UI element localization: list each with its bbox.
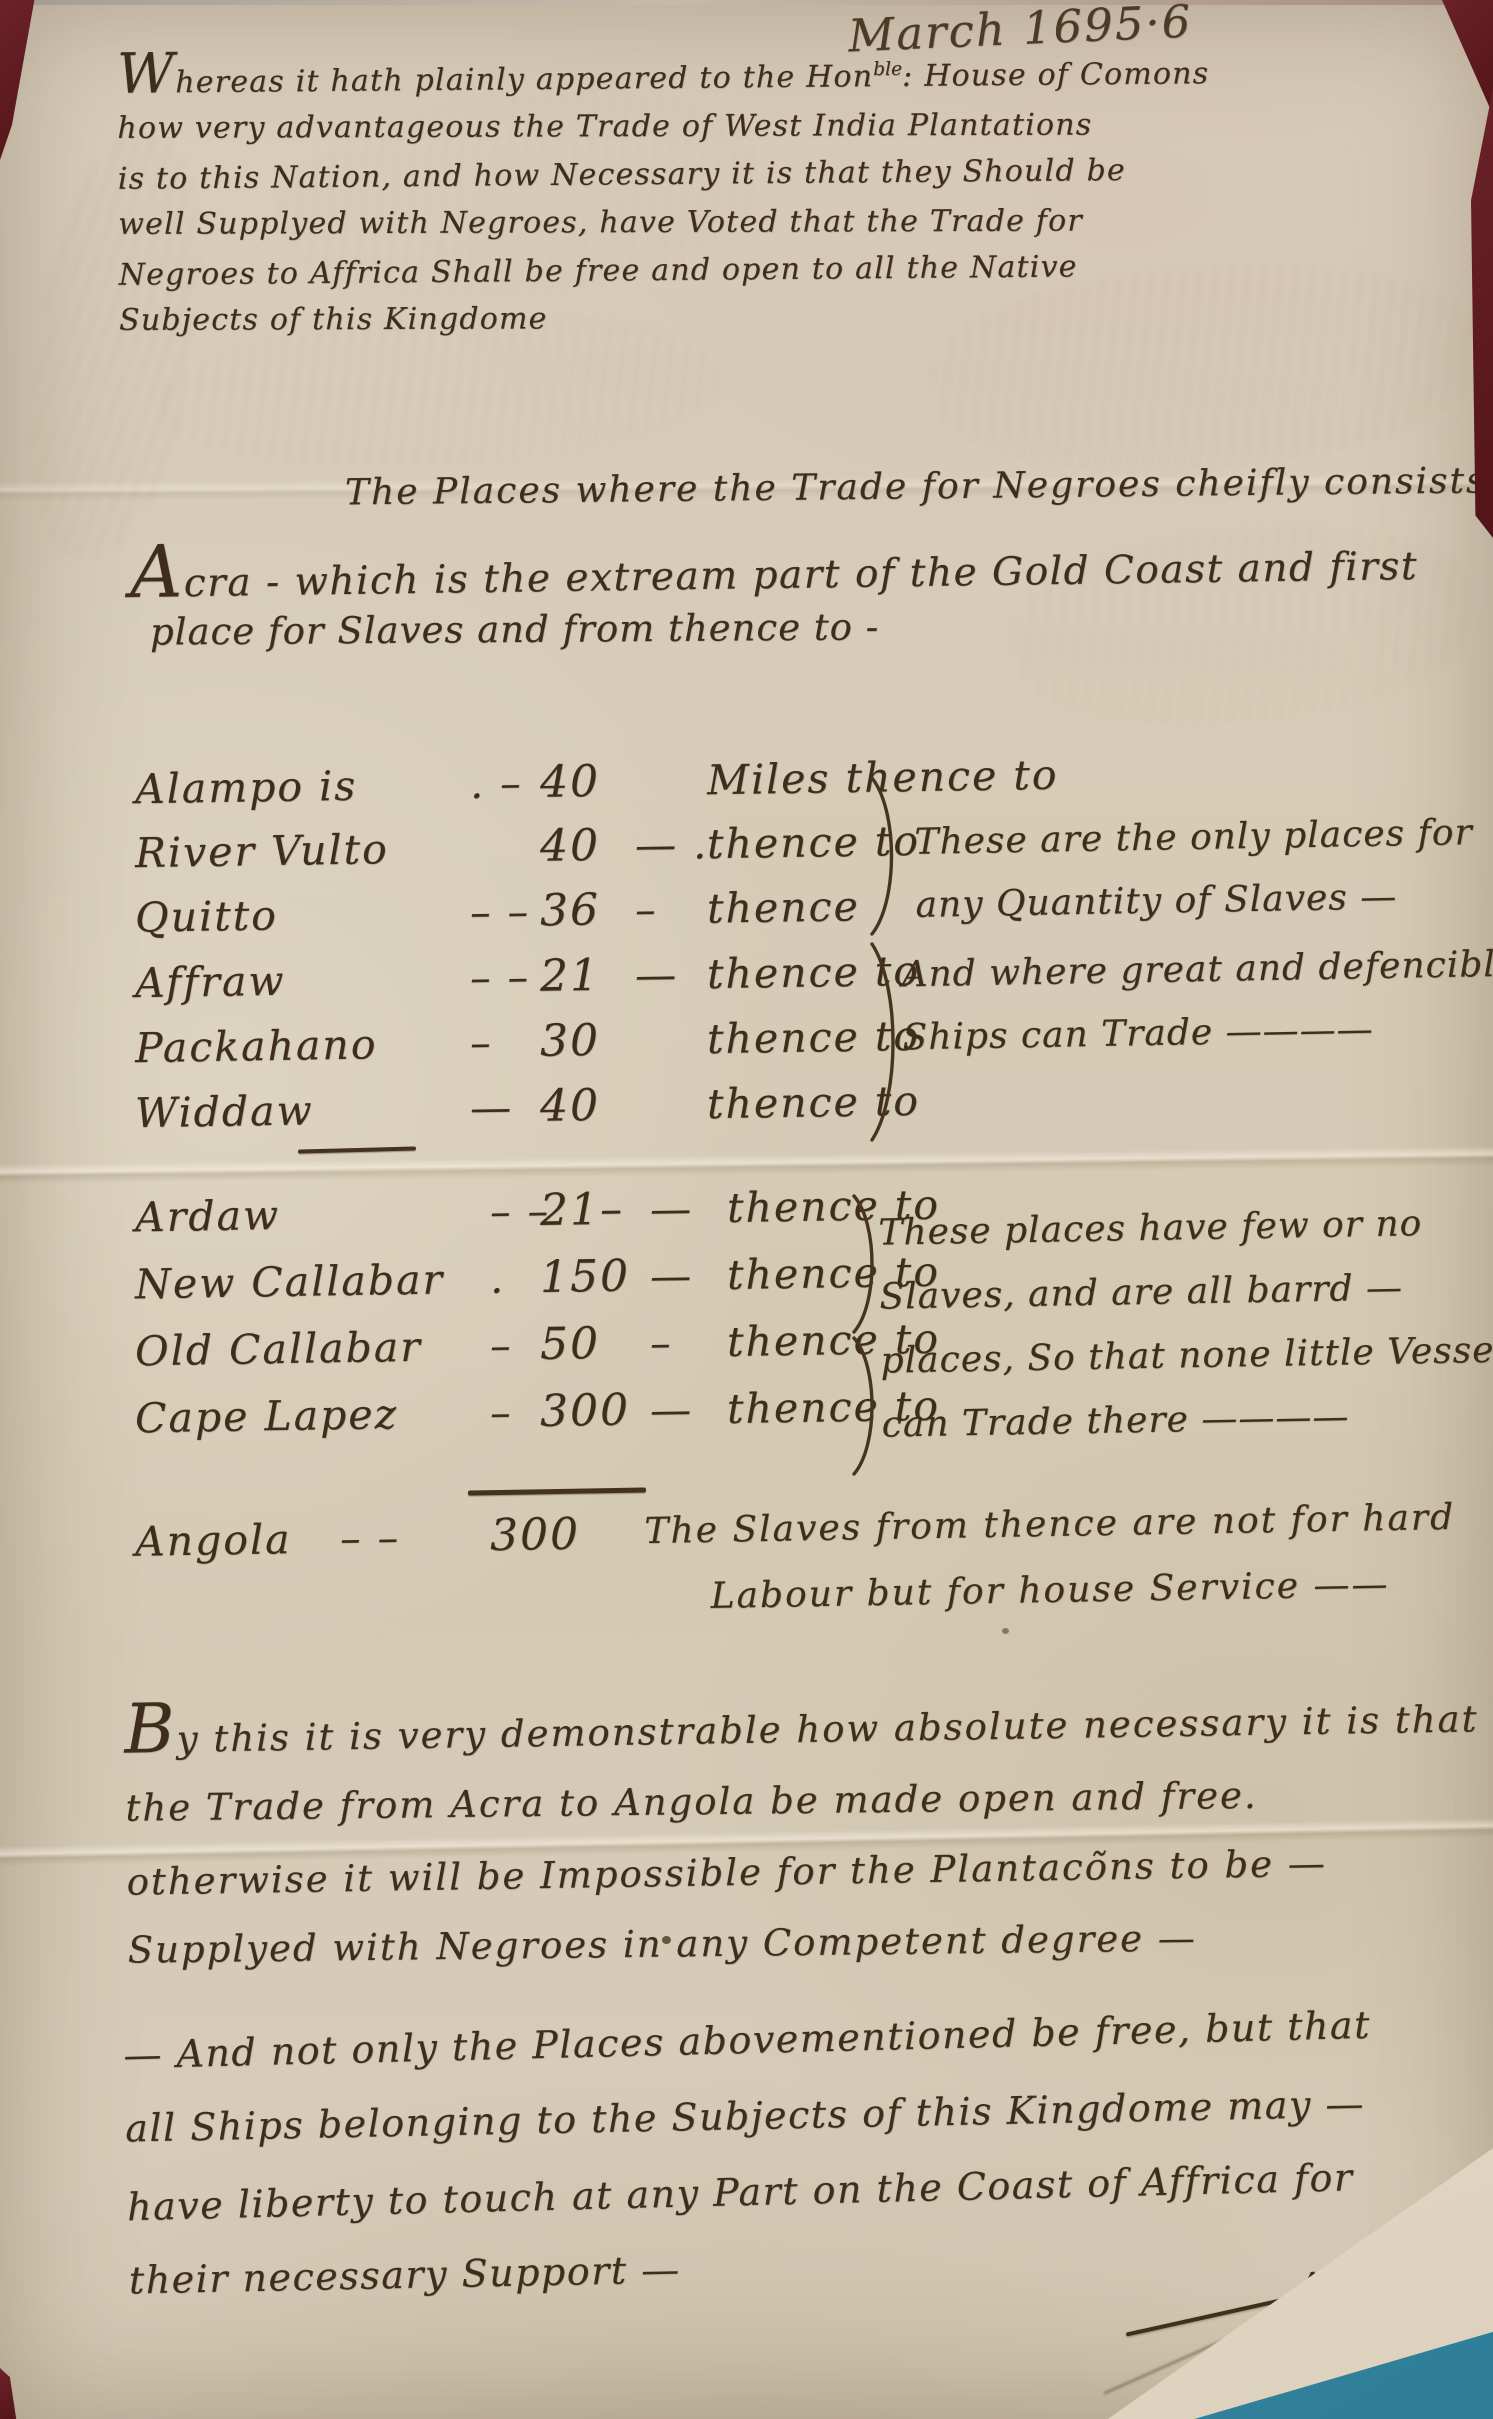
row-ardaw: Ardaw– –21–—thence to <box>135 1179 941 1243</box>
brace-bracket <box>866 942 906 1144</box>
paragraph-line: Supplyed with Negroes in any Competent d… <box>127 1899 1482 1985</box>
paragraph-text: Whereas it hath plainly appeared to the … <box>117 59 874 101</box>
note-line: These are the only places for <box>914 801 1473 874</box>
dash-filler: — <box>635 950 696 999</box>
table-divider-rule <box>298 1146 416 1153</box>
row-alampo: Alampo is. –40Miles thence to <box>135 749 1059 814</box>
struck-out-word: Also <box>1294 2255 1397 2314</box>
row-affraw: Affraw– –21—thence to <box>135 945 921 1008</box>
distance-miles: 300 <box>490 1508 606 1561</box>
row-packahano: Packahano–30thence to <box>135 1010 921 1073</box>
place-name: Angola <box>135 1514 341 1565</box>
row-new-callabar: New Callabar.150—thence to <box>135 1246 941 1310</box>
ink-blot <box>662 1936 671 1944</box>
dash-filler <box>635 1118 695 1119</box>
place-name: Cape Lapez <box>135 1389 491 1443</box>
dash-filler: – <box>490 1321 541 1370</box>
dash-filler: — . <box>635 820 696 869</box>
conclusion-paragraph: By this it is very demonstrable how abso… <box>124 1681 1482 1988</box>
place-name: Widdaw <box>135 1084 471 1137</box>
note-line: any Quantity of Slaves — <box>915 864 1474 937</box>
dash-filler: — <box>470 1083 541 1132</box>
places-intro-line: place for Slaves and from thence to - <box>150 605 880 653</box>
distance-miles: 40 <box>540 1079 636 1131</box>
distance-miles: 40 <box>540 755 636 807</box>
place-name: Alampo is <box>135 760 471 813</box>
place-name: New Callabar <box>135 1255 491 1309</box>
dash-filler: . <box>490 1254 541 1303</box>
fold-crease <box>0 1146 1493 1185</box>
dash-filler: – – <box>340 1512 491 1562</box>
paragraph-line: Subjects of this Kingdome <box>119 293 1212 345</box>
row-river-vulto: River Vulto40— .thence to <box>135 815 921 878</box>
note-line: These places have few or no <box>878 1190 1493 1265</box>
dash-filler: — <box>650 1184 716 1233</box>
dash-filler: – <box>470 1018 541 1067</box>
row-cape-lapez: Cape Lapez–300—thence to <box>135 1380 941 1444</box>
note-defencible-ships: And where great and defencible Ships can… <box>901 933 1493 1070</box>
dash-filler: – <box>650 1318 716 1367</box>
paragraph-text: : House of Comons <box>902 56 1210 94</box>
catchword: The <box>1252 2331 1345 2388</box>
dash-filler: — <box>650 1251 716 1300</box>
note-line: Labour but for house Service —— <box>710 1551 1457 1630</box>
dash-filler <box>470 861 540 862</box>
note-line: can Trade there ———— <box>881 1382 1493 1457</box>
dash-filler <box>635 794 695 795</box>
opening-paragraph: Whereas it hath plainly appeared to the … <box>117 43 1212 348</box>
place-name: Quitto <box>135 888 471 941</box>
row-widdaw: Widdaw—40thence to <box>135 1075 921 1138</box>
distance-miles: 21– <box>540 1183 651 1236</box>
brace-bracket <box>866 776 906 938</box>
place-name: Ardaw <box>135 1188 491 1242</box>
note-barrd-places: These places have few or no Slaves, and … <box>878 1190 1493 1457</box>
distance-miles: 21 <box>540 949 636 1001</box>
place-name: Packahano <box>135 1019 471 1072</box>
dash-filler: – – <box>490 1187 541 1236</box>
distance-miles: 300 <box>540 1384 651 1437</box>
paragraph-line: is to this Nation, and how Necessary it … <box>118 146 1211 204</box>
distance-miles: 40 <box>540 819 636 871</box>
dash-filler: – – <box>470 953 541 1002</box>
table-surface-edge <box>0 2368 18 2419</box>
distance-miles: 50 <box>540 1317 651 1370</box>
note-line: Ships can Trade ———— <box>902 996 1493 1070</box>
row-old-callabar: Old Callabar–50–thence to <box>135 1313 941 1377</box>
dash-filler: – <box>635 885 696 934</box>
note-angola-slaves: The Slaves from thence are not for hard … <box>644 1485 1457 1631</box>
dash-filler: — <box>650 1385 716 1434</box>
photo-top-edge <box>0 0 1493 5</box>
places-intro-line: The Places where the Trade for Negroes c… <box>345 460 1493 514</box>
place-name: Old Callabar <box>135 1322 491 1376</box>
table-surface-edge <box>0 0 40 160</box>
sum-rule <box>468 1487 646 1495</box>
row-quitto: Quitto– –36–thence <box>135 880 860 942</box>
paragraph-line: Negroes to Affrica Shall be free and ope… <box>118 242 1211 300</box>
dash-filler: – – <box>470 887 541 936</box>
place-name: Affraw <box>135 954 471 1007</box>
paragraph-line: well Supplyed with Negroes, have Voted t… <box>118 197 1211 249</box>
note-line: places, So that none little Vessels <box>880 1318 1493 1393</box>
distance-miles: 36 <box>540 884 636 936</box>
superscript-abbreviation: ble <box>873 59 902 80</box>
thence-to-label: thence <box>707 882 861 932</box>
ink-blot <box>1002 1628 1009 1634</box>
table-surface-edge <box>1433 0 1493 115</box>
dash-filler: – <box>490 1388 541 1437</box>
note-line: And where great and defencible <box>901 933 1493 1007</box>
manuscript-page: March 1695·6 Whereas it hath plainly app… <box>0 0 1493 2419</box>
paragraph-line: how very advantageous the Trade of West … <box>117 101 1210 153</box>
paragraph-line: Whereas it hath plainly appeared to the … <box>117 43 1210 108</box>
note-line: Slaves, and are all barrd — <box>879 1254 1493 1329</box>
place-name: River Vulto <box>135 824 471 877</box>
distance-miles: 30 <box>540 1014 636 1066</box>
dash-filler <box>635 1053 695 1054</box>
dash-filler: . – <box>470 759 541 808</box>
note-only-places: These are the only places for any Quanti… <box>914 801 1474 937</box>
distance-miles: 150 <box>540 1250 651 1303</box>
row-angola: Angola– –300 <box>135 1508 606 1566</box>
ships-liberty-paragraph: — And not only the Places abovementioned… <box>122 1987 1377 2321</box>
